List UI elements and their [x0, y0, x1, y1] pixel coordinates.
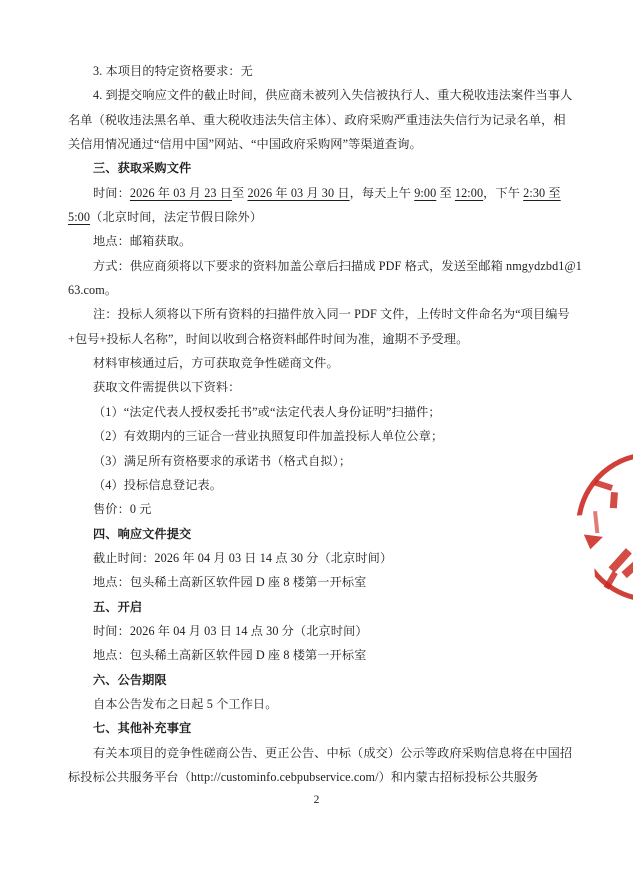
text-line: 自本公告发布之日起 5 个工作日。	[68, 692, 570, 716]
text-line: （4）投标信息登记表。	[68, 473, 570, 497]
text-segment: +包号+投标人名称”，时间以收到合格资料邮件时间为准，逾期不予受理。	[68, 332, 468, 346]
text-segment: （3）满足所有资格要求的承诺书（格式自拟）；	[93, 454, 351, 468]
text-segment: 标投标公共服务平台（http://custominfo.cebpubservic…	[68, 770, 538, 784]
text-segment: 名单（税收违法黑名单、重大税收违法失信主体）、政府采购严重违法失信行为记录名单，…	[68, 113, 566, 127]
text-segment: 地点：包头稀土高新区软件园 D 座 8 楼第一开标室	[93, 648, 366, 662]
text-segment: 至	[232, 186, 247, 200]
text-segment: 时间：2026 年 04 月 03 日 14 点 30 分（北京时间）	[93, 624, 368, 638]
text-segment: 地点：邮箱获取。	[93, 234, 191, 248]
text-line: 截止时间：2026 年 04 月 03 日 14 点 30 分（北京时间）	[68, 546, 570, 570]
text-line: 名单（税收违法黑名单、重大税收违法失信主体）、政府采购严重违法失信行为记录名单，…	[68, 108, 570, 132]
text-segment: （4）投标信息登记表。	[93, 478, 222, 492]
text-line: （2）有效期内的三证合一营业执照复印件加盖投标人单位公章；	[68, 424, 570, 448]
text-line: 时间：2026 年 03 月 23 日至 2026 年 03 月 30 日，每天…	[68, 181, 570, 205]
text-segment: （北京时间，法定节假日除外）	[90, 210, 262, 224]
text-line: （3）满足所有资格要求的承诺书（格式自拟）；	[68, 449, 570, 473]
underlined-text: 2:30 至	[523, 186, 561, 200]
text-segment: 售价：0 元	[93, 502, 152, 516]
text-line: 5:00（北京时间，法定节假日除外）	[68, 205, 570, 229]
text-line: 地点：包头稀土高新区软件园 D 座 8 楼第一开标室	[68, 570, 570, 594]
text-segment: 七、其他补充事宜	[93, 721, 191, 735]
underlined-text: 12:00	[455, 186, 483, 200]
text-line: +包号+投标人名称”，时间以收到合格资料邮件时间为准，逾期不予受理。	[68, 327, 570, 351]
text-segment: 截止时间：2026 年 04 月 03 日 14 点 30 分（北京时间）	[93, 551, 392, 565]
text-segment: 至	[436, 186, 455, 200]
page-number: 2	[0, 794, 633, 806]
text-segment: ，每天上午	[350, 186, 415, 200]
seal-character-mark	[610, 492, 618, 508]
section-heading-line: 四、响应文件提交	[68, 522, 570, 546]
document-page: 3. 本项目的特定资格要求：无4. 到提交响应文件的截止时间，供应商未被列入失信…	[0, 0, 633, 890]
text-line: 关信用情况通过“信用中国”网站、“中国政府采购网”等渠道查询。	[68, 132, 570, 156]
underlined-text: 9:00	[414, 186, 436, 200]
text-segment: 四、响应文件提交	[93, 527, 191, 541]
text-segment: 注：投标人须将以下所有资料的扫描件放入同一 PDF 文件，上传时文件命名为“项目…	[93, 307, 570, 321]
underlined-text: 2026 年 03 月 30 日	[247, 186, 349, 200]
text-line: 4. 到提交响应文件的截止时间，供应商未被列入失信被执行人、重大税收违法案件当事…	[68, 83, 570, 107]
text-segment: 获取文件需提供以下资料：	[93, 380, 240, 394]
section-heading-line: 七、其他补充事宜	[68, 716, 570, 740]
text-line: 材料审核通过后，方可获取竞争性磋商文件。	[68, 351, 570, 375]
text-segment: 时间：	[93, 186, 130, 200]
text-line: 获取文件需提供以下资料：	[68, 375, 570, 399]
official-seal	[560, 436, 633, 618]
section-heading-line: 三、获取采购文件	[68, 156, 570, 180]
text-line: 注：投标人须将以下所有资料的扫描件放入同一 PDF 文件，上传时文件命名为“项目…	[68, 302, 570, 326]
text-segment: 六、公告期限	[93, 673, 167, 687]
underlined-text: 2026 年 03 月 23 日	[130, 186, 232, 200]
text-segment: 材料审核通过后，方可获取竞争性磋商文件。	[93, 356, 339, 370]
text-line: 63.com。	[68, 278, 570, 302]
text-segment: 63.com。	[68, 283, 117, 297]
text-segment: 地点：包头稀土高新区软件园 D 座 8 楼第一开标室	[93, 575, 366, 589]
text-line: 标投标公共服务平台（http://custominfo.cebpubservic…	[68, 765, 570, 789]
text-segment: 有关本项目的竞争性磋商公告、更正公告、中标（成交）公示等政府采购信息将在中国招	[93, 746, 572, 760]
text-segment: （1）“法定代表人授权委托书”或“法定代表人身份证明”扫描件；	[93, 405, 441, 419]
underlined-text: 5:00	[68, 210, 90, 224]
text-line: 售价：0 元	[68, 497, 570, 521]
text-segment: 方式：供应商须将以下要求的资料加盖公章后扫描成 PDF 格式，发送至邮箱 nmg…	[93, 259, 582, 273]
document-content: 3. 本项目的特定资格要求：无4. 到提交响应文件的截止时间，供应商未被列入失信…	[68, 59, 570, 789]
text-line: 地点：邮箱获取。	[68, 229, 570, 253]
text-line: （1）“法定代表人授权委托书”或“法定代表人身份证明”扫描件；	[68, 400, 570, 424]
text-line: 3. 本项目的特定资格要求：无	[68, 59, 570, 83]
text-segment: （2）有效期内的三证合一营业执照复印件加盖投标人单位公章；	[93, 429, 443, 443]
text-line: 地点：包头稀土高新区软件园 D 座 8 楼第一开标室	[68, 643, 570, 667]
text-segment: 三、获取采购文件	[93, 161, 191, 175]
text-segment: 自本公告发布之日起 5 个工作日。	[93, 697, 278, 711]
text-segment: 关信用情况通过“信用中国”网站、“中国政府采购网”等渠道查询。	[68, 137, 422, 151]
text-segment: 3. 本项目的特定资格要求：无	[93, 64, 253, 78]
section-heading-line: 五、开启	[68, 595, 570, 619]
text-line: 时间：2026 年 04 月 03 日 14 点 30 分（北京时间）	[68, 619, 570, 643]
text-segment: ，下午	[483, 186, 523, 200]
text-line: 方式：供应商须将以下要求的资料加盖公章后扫描成 PDF 格式，发送至邮箱 nmg…	[68, 254, 570, 278]
section-heading-line: 六、公告期限	[68, 668, 570, 692]
text-line: 有关本项目的竞争性磋商公告、更正公告、中标（成交）公示等政府采购信息将在中国招	[68, 741, 570, 765]
text-segment: 4. 到提交响应文件的截止时间，供应商未被列入失信被执行人、重大税收违法案件当事…	[93, 88, 572, 102]
text-segment: 五、开启	[93, 600, 142, 614]
